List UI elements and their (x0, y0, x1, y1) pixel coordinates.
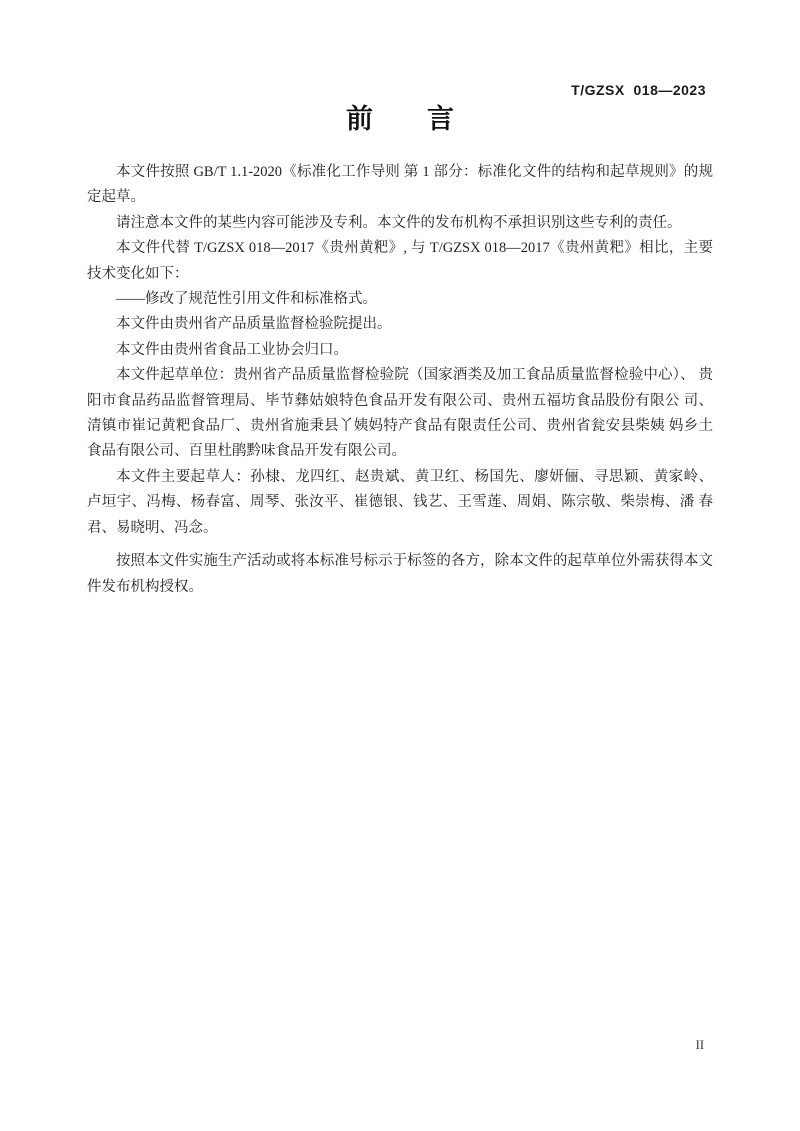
document-page: T/GZSX 018—2023 前 言 本文件按照 GB/T 1.1-2020《… (0, 0, 800, 1131)
change-list-item: ——修改了规范性引用文件和标准格式。 (87, 287, 713, 312)
page-number: II (0, 1038, 800, 1053)
paragraph-drafting-basis: 本文件按照 GB/T 1.1-2020《标准化工作导则 第 1 部分：标准化文件… (87, 160, 713, 211)
paragraph-main-drafters: 本文件主要起草人：孙棣、龙四红、赵贵斌、黄卫红、杨国先、廖妍俪、寻思颖、黄家岭、… (87, 465, 713, 541)
paragraph-replaced-standard: 本文件代替 T/GZSX 018—2017《贵州黄粑》, 与 T/GZSX 01… (87, 236, 713, 287)
paragraph-proposed-by: 本文件由贵州省产品质量监督检验院提出。 (87, 312, 713, 337)
standard-number: T/GZSX 018—2023 (571, 82, 706, 98)
paragraph-drafting-organizations: 本文件起草单位：贵州省产品质量监督检验院（国家酒类及加工食品质量监督检验中心）、… (87, 363, 713, 465)
paragraph-centralized-by: 本文件由贵州省食品工业协会归口。 (87, 338, 713, 363)
document-body: 本文件按照 GB/T 1.1-2020《标准化工作导则 第 1 部分：标准化文件… (87, 160, 713, 600)
page-title: 前 言 (0, 97, 800, 136)
paragraph-authorization-notice: 按照本文件实施生产活动或将本标准号标示于标签的各方，除本文件的起草单位外需获得本… (87, 549, 713, 600)
paragraph-patent-notice: 请注意本文件的某些内容可能涉及专利。本文件的发布机构不承担识别这些专利的责任。 (87, 211, 713, 236)
